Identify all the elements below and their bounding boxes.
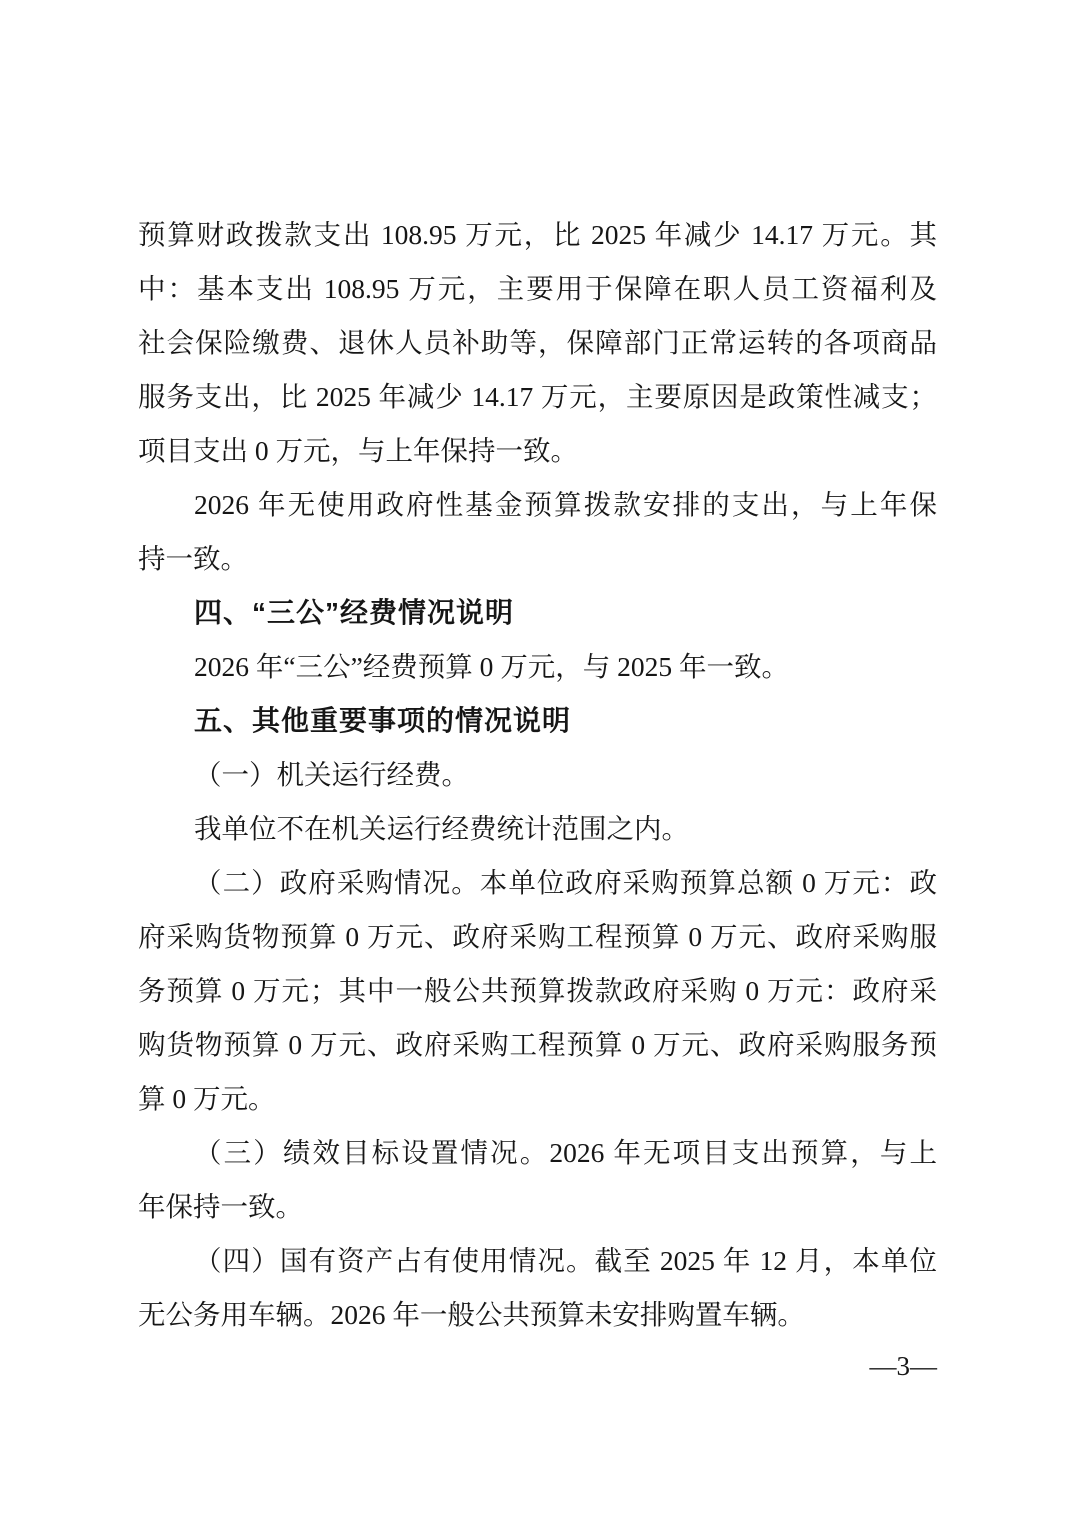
text-line: （一）机关运行经费。: [138, 748, 937, 802]
text-line: 中：基本支出 108.95 万元，主要用于保障在职人员工资福利及: [138, 262, 937, 316]
text-line: 持一致。: [138, 532, 937, 586]
text-line: 年保持一致。: [138, 1180, 937, 1234]
text-line: 无公务用车辆。2026 年一般公共预算未安排购置车辆。: [138, 1288, 937, 1342]
text-line: 2026 年无使用政府性基金预算拨款安排的支出，与上年保: [138, 478, 937, 532]
text-line: 务预算 0 万元；其中一般公共预算拨款政府采购 0 万元：政府采: [138, 964, 937, 1018]
text-line: 购货物预算 0 万元、政府采购工程预算 0 万元、政府采购服务预: [138, 1018, 937, 1072]
text-line: 2026 年“三公”经费预算 0 万元，与 2025 年一致。: [138, 640, 937, 694]
document-page: 预算财政拨款支出 108.95 万元，比 2025 年减少 14.17 万元。其…: [0, 0, 1074, 1520]
text-line: 预算财政拨款支出 108.95 万元，比 2025 年减少 14.17 万元。其: [138, 208, 937, 262]
section-heading: 四、“三公”经费情况说明: [138, 586, 937, 640]
text-line: （二）政府采购情况。本单位政府采购预算总额 0 万元：政: [138, 856, 937, 910]
text-line: 社会保险缴费、退休人员补助等，保障部门正常运转的各项商品: [138, 316, 937, 370]
text-line: （三）绩效目标设置情况。2026 年无项目支出预算，与上: [138, 1126, 937, 1180]
text-line: 算 0 万元。: [138, 1072, 937, 1126]
page-number: —3—: [870, 1346, 938, 1386]
section-heading: 五、其他重要事项的情况说明: [138, 694, 937, 748]
document-text: 预算财政拨款支出 108.95 万元，比 2025 年减少 14.17 万元。其…: [138, 208, 937, 1342]
text-line: 我单位不在机关运行经费统计范围之内。: [138, 802, 937, 856]
text-line: （四）国有资产占有使用情况。截至 2025 年 12 月，本单位: [138, 1234, 937, 1288]
text-line: 项目支出 0 万元，与上年保持一致。: [138, 424, 937, 478]
text-line: 服务支出，比 2025 年减少 14.17 万元，主要原因是政策性减支；: [138, 370, 937, 424]
text-line: 府采购货物预算 0 万元、政府采购工程预算 0 万元、政府采购服: [138, 910, 937, 964]
